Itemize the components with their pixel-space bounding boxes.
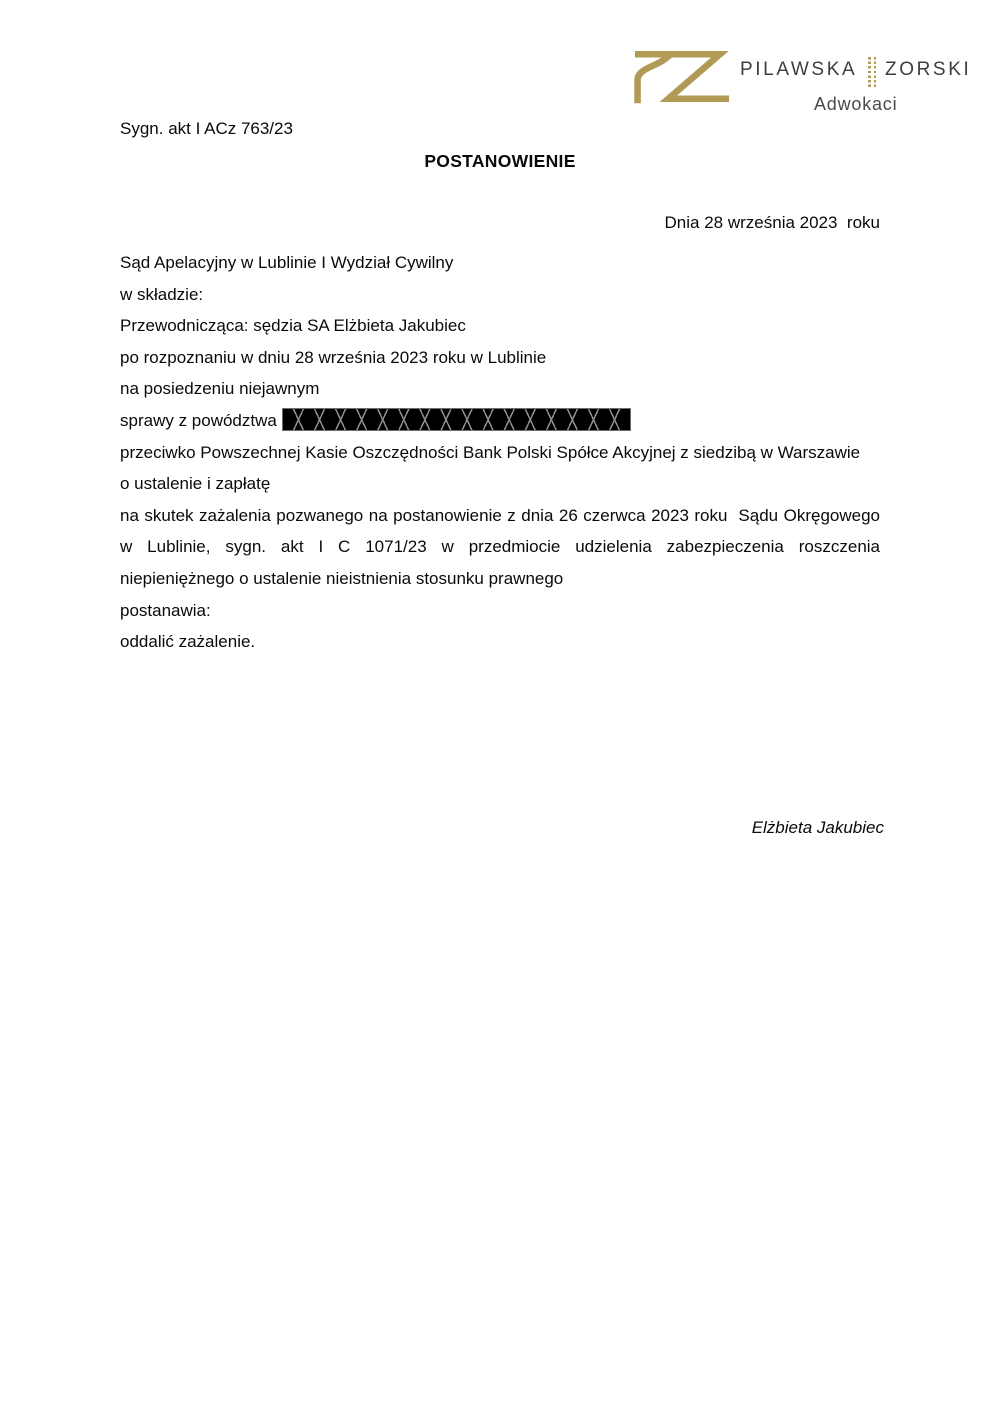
defendant-paragraph: przeciwko Powszechnej Kasie Oszczędności…: [120, 437, 880, 469]
brand-word-right: ZORSKI: [885, 60, 971, 80]
brand-tagline: Adwokaci: [740, 94, 971, 115]
ruling-text: oddalić zażalenie.: [120, 626, 880, 658]
pz-monogram-icon: [634, 49, 730, 105]
document-body: Sąd Apelacyjny w Lublinie I Wydział Cywi…: [120, 247, 880, 658]
case-reference: Sygn. akt I ACz 763/23: [120, 119, 293, 139]
court-line: Przewodnicząca: sędzia SA Elżbieta Jakub…: [120, 310, 880, 342]
decision-label: postanawia:: [120, 595, 880, 627]
document-page: PILAWSKA ZORSKI Adwokaci Sygn. akt I ACz…: [0, 0, 1000, 1414]
court-line: w składzie:: [120, 279, 880, 311]
court-line: Sąd Apelacyjny w Lublinie I Wydział Cywi…: [120, 247, 880, 279]
court-line: po rozpoznaniu w dniu 28 września 2023 r…: [120, 342, 880, 374]
plaintiff-line: sprawy z powództwa: [120, 405, 880, 437]
brand-divider-icon: [868, 57, 876, 89]
redaction-box: [282, 408, 631, 431]
document-title: POSTANOWIENIE: [120, 151, 880, 172]
appeal-paragraph: na skutek zażalenia pozwanego na postano…: [120, 500, 880, 595]
date-line: Dnia 28 września 2023 roku: [120, 213, 880, 233]
subject-line: o ustalenie i zapłatę: [120, 468, 880, 500]
court-line: na posiedzeniu niejawnym: [120, 373, 880, 405]
plaintiff-prefix: sprawy z powództwa: [120, 411, 277, 430]
brand-word-left: PILAWSKA: [740, 60, 857, 80]
law-firm-logo: PILAWSKA ZORSKI Adwokaci: [634, 44, 971, 115]
brand-wordmark: PILAWSKA ZORSKI Adwokaci: [740, 44, 971, 115]
judge-signature: Elżbieta Jakubiec: [752, 818, 884, 838]
